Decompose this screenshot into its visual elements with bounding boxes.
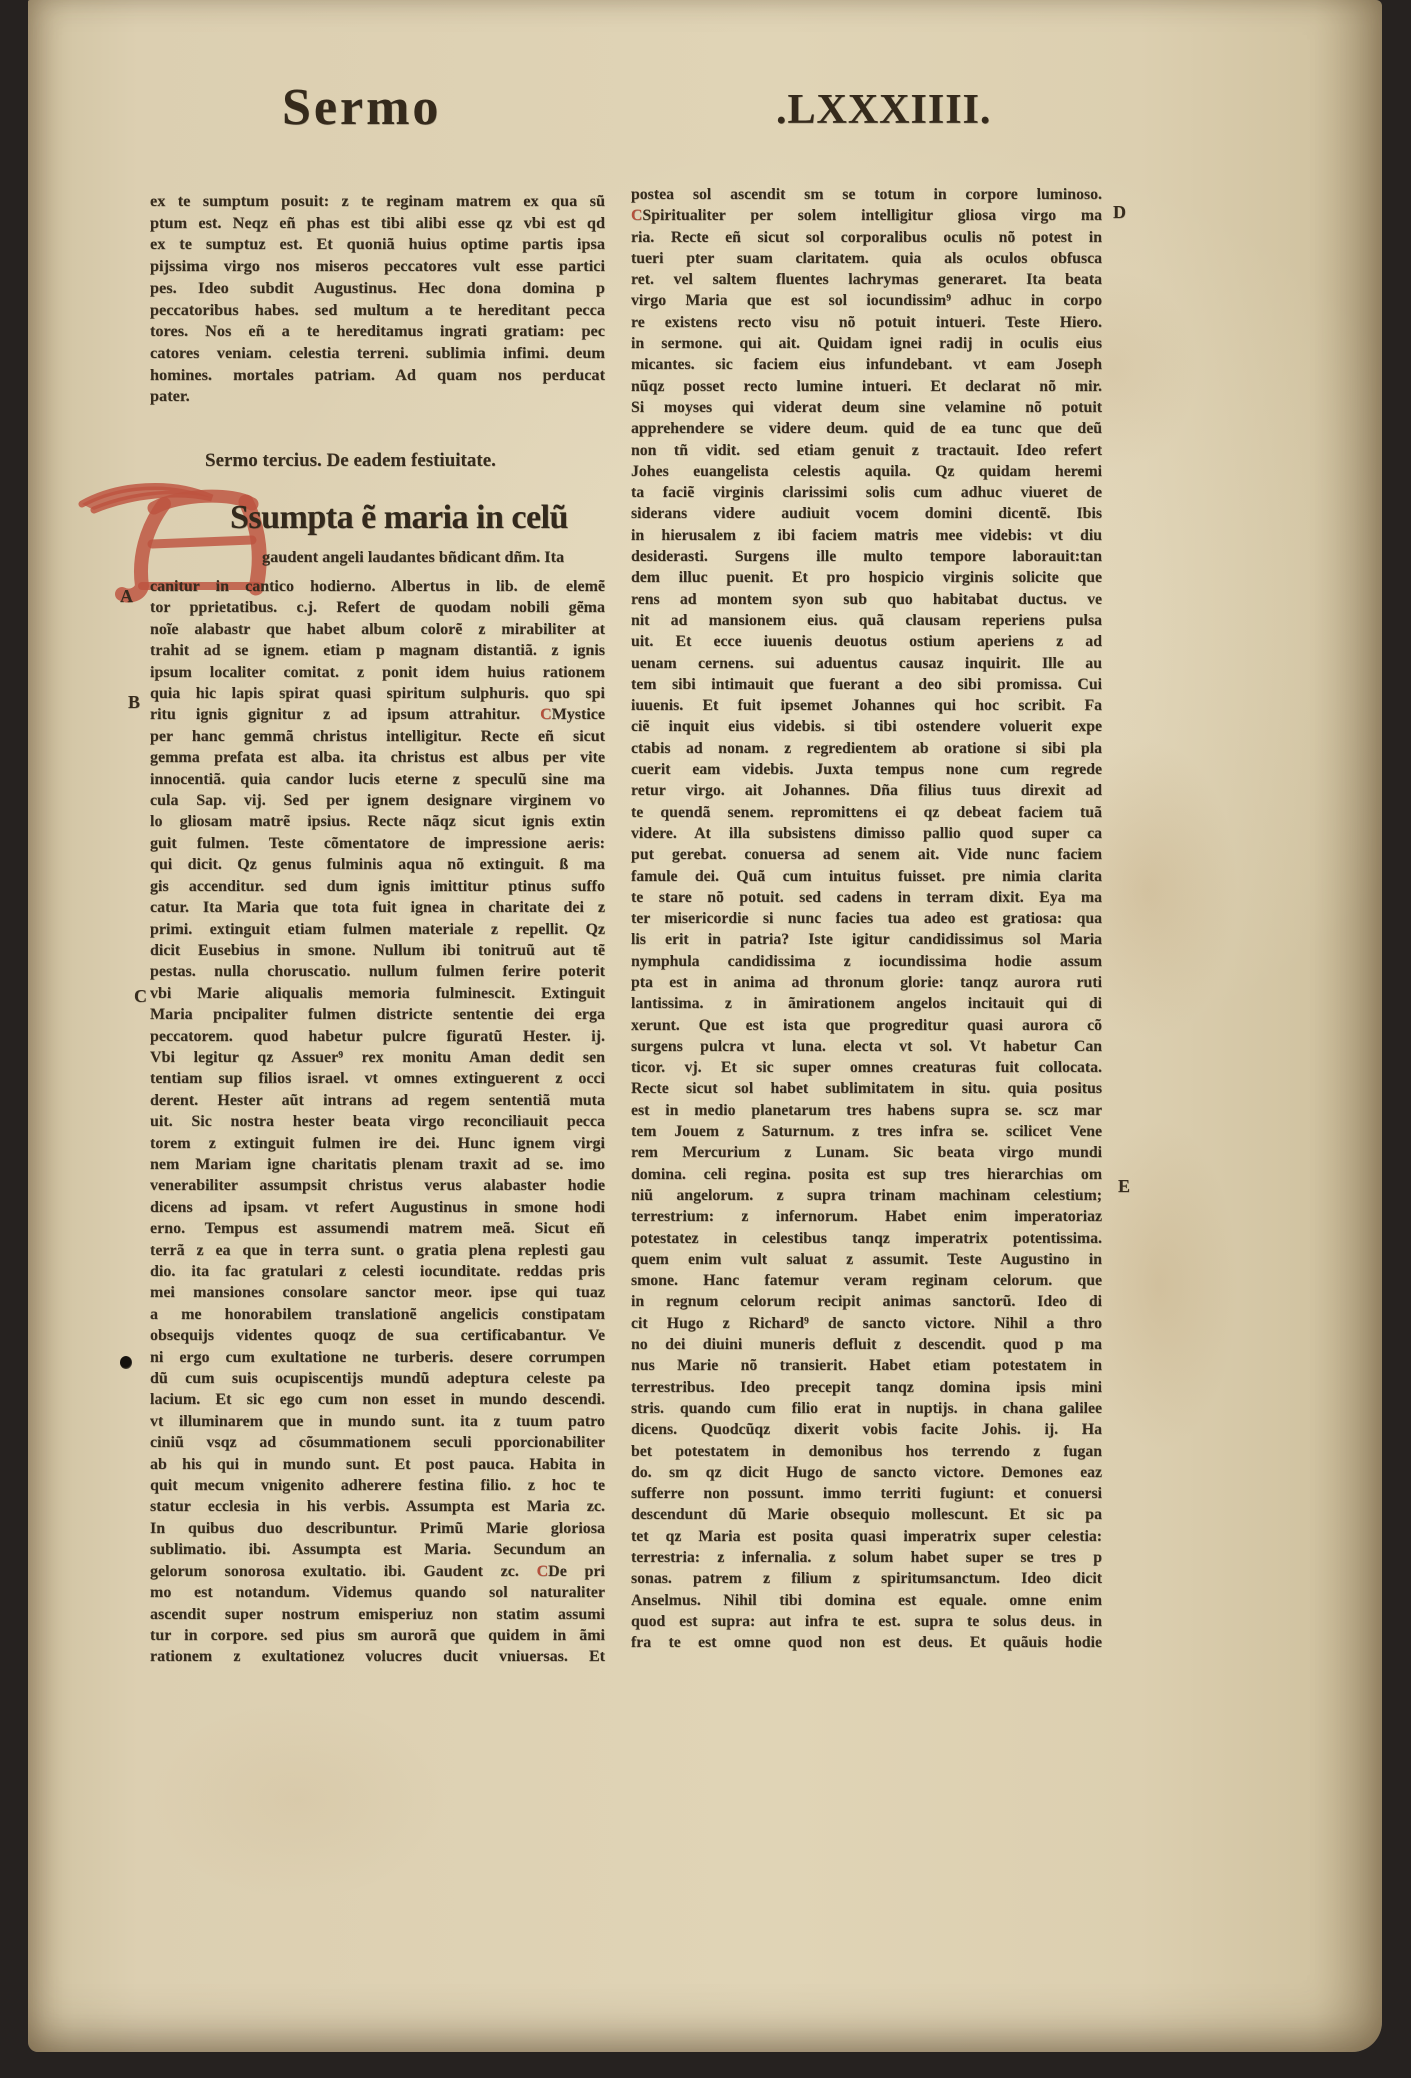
- text-line: non tñ vidit. sed etiam genuit z tractau…: [631, 440, 1102, 461]
- text-line: mo est notandum. Videmus quando sol natu…: [150, 1582, 605, 1603]
- text-line: tores. Nos eñ a te hereditamus ingrati g…: [150, 320, 605, 342]
- text-line: statur ecclesia in his verbis. Assumpta …: [150, 1496, 605, 1517]
- text-line: ciniũ vsqz ad cõsummationem seculi pporc…: [150, 1432, 605, 1453]
- text-line: catores veniam. celestia terreni. sublim…: [150, 342, 605, 364]
- text-line: lantissima. z in ãmirationem angelos inc…: [631, 993, 1102, 1014]
- text-line: sublimatio. ibi. Assumpta est Maria. Sec…: [150, 1539, 605, 1560]
- margin-letter-c: C: [134, 986, 147, 1007]
- text-line: ciẽ inquit eius videbis. si tibi ostende…: [631, 716, 1102, 737]
- paragraph-last-line: pater.: [150, 385, 605, 407]
- text-line: Vbi legitur qz Assuer⁹ rex monitu Aman d…: [150, 1047, 605, 1068]
- text-line: primi. extinguit etiam fulmen materiale …: [150, 919, 605, 940]
- text-line: dicit Eusebius in smone. Nullum ibi toni…: [150, 940, 605, 961]
- capitulum-mark: C: [540, 706, 552, 723]
- text-line: virgo Maria que est sol iocundissim⁹ adh…: [631, 290, 1102, 311]
- text-line: quia hic lapis spirat quasi spiritum sul…: [150, 683, 605, 704]
- text-line: erno. Tempus est assumendi matrem meã. S…: [150, 1218, 605, 1239]
- scanned-book-photo: { "page": { "header": { "left_title": "S…: [0, 0, 1411, 2078]
- text-line: vt illuminarem que in mundo sunt. ita z …: [150, 1411, 605, 1432]
- text-line: pestas. nulla choruscatio. nullum fulmen…: [150, 961, 605, 982]
- text-line: tentiam sup filios israel. vt omnes exti…: [150, 1068, 605, 1089]
- text-line: a me honorabilem translationẽ angelicis …: [150, 1304, 605, 1325]
- text-line: sufferre non possunt. immo territi fugiu…: [631, 1483, 1102, 1504]
- paragraph-lines: ex te sumptum posuit: z te reginam matre…: [150, 190, 605, 385]
- text-line: potestatez in celestibus tanqz imperatri…: [631, 1228, 1102, 1249]
- text-line: sonas. patrem z filium z spiritumsanctum…: [631, 1568, 1102, 1589]
- text-line: ticor. vj. Et sic super omnes creaturas …: [631, 1057, 1102, 1078]
- text-line: venerabiliter assumpsit christus verus a…: [150, 1175, 605, 1196]
- text-line: In quibus duo describuntur. Primũ Marie …: [150, 1518, 605, 1539]
- text-line: vbi Marie aliqualis memoria fulminescit.…: [150, 983, 605, 1004]
- text-line: nymphula candidissima z iocundissima hod…: [631, 951, 1102, 972]
- section-heading: Sermo tercius. De eadem festiuitate.: [205, 450, 496, 472]
- text-line: apprehendere se videre deum. quid de ea …: [631, 418, 1102, 439]
- capitulum-mark: C: [631, 207, 642, 224]
- text-line: tem sibi intimauit que fuerant a deo sib…: [631, 674, 1102, 695]
- margin-letter-e: E: [1118, 1176, 1130, 1197]
- text-line: ni ergo cum exultatione ne turberis. des…: [150, 1347, 605, 1368]
- text-line: tor pprietatibus. c.j. Refert de quodam …: [150, 597, 605, 618]
- text-line: quit mecum vnigenito adherere festina fi…: [150, 1475, 605, 1496]
- text-line: terrestrium: z infernorum. Habet enim im…: [631, 1206, 1102, 1227]
- text-line: videre. At illa subsistens dimisso palli…: [631, 823, 1102, 844]
- text-line: rationem z exultationez volucres ducit v…: [150, 1646, 605, 1667]
- capitulum-mark: C: [537, 1563, 549, 1580]
- paper-stain: [148, 1700, 448, 1900]
- text-line: tet qz Maria est posita quasi imperatrix…: [631, 1526, 1102, 1547]
- folio-number: .LXXXIIII.: [776, 86, 991, 134]
- margin-letter-a: A: [120, 586, 133, 607]
- text-line: bet potestatem in demonibus hos terrendo…: [631, 1441, 1102, 1462]
- text-line: rem Mercurium z Lunam. Sic beata virgo m…: [631, 1142, 1102, 1163]
- text-line: gemma prefata est alba. ita christus est…: [150, 747, 605, 768]
- text-line: cit Hugo z Richard⁹ de sancto victore. N…: [631, 1313, 1102, 1334]
- text-line: cula Sap. vij. Sed per ignem designare v…: [150, 790, 605, 811]
- text-line: qui dicit. Qz genus fulminis aqua nõ ext…: [150, 854, 605, 875]
- text-line: nit ad mansionem eius. quã clausam reper…: [631, 610, 1102, 631]
- text-line: ptum est. Neqz eñ phas est tibi alibi es…: [150, 212, 605, 234]
- text-line: lis erit in patria? Iste igitur candidis…: [631, 929, 1102, 950]
- wormhole-dot: [120, 1356, 132, 1369]
- paper-stain: [1078, 1120, 1238, 1450]
- margin-letter-b: B: [128, 692, 140, 713]
- text-line: niũ angelorum. z supra trinam machinam c…: [631, 1185, 1102, 1206]
- text-line: descendunt dũ Marie obsequio mollescunt.…: [631, 1504, 1102, 1525]
- text-line: per hanc gemmã christus intelligitur. Re…: [150, 726, 605, 747]
- text-line: ex te sumptuz est. Et quoniã huius optim…: [150, 233, 605, 255]
- text-line: in sermone. qui ait. Quidam ignei radij …: [631, 333, 1102, 354]
- text-line: terrestribus. Ideo precepit tanqz domina…: [631, 1377, 1102, 1398]
- incipit-large-line: Ssumpta ẽ maria in celũ: [230, 490, 568, 546]
- text-line: lo gliosam matrẽ ipsius. Recte nãqz sicu…: [150, 811, 605, 832]
- incipit-second-line: gaudent angeli laudantes bñdicant dñm. I…: [262, 547, 564, 567]
- text-line: siderans videre audiuit vocem domini dic…: [631, 503, 1102, 524]
- text-line: pta est in anima ad thronum glorie: tanq…: [631, 972, 1102, 993]
- text-line: ex te sumptum posuit: z te reginam matre…: [150, 190, 605, 212]
- text-line: peccatorem. quod habetur pulcre figuratũ…: [150, 1026, 605, 1047]
- right-column-body: postea sol ascendit sm se totum in corpo…: [631, 184, 1102, 1653]
- text-line: gis accenditur. sed dum ignis imittitur …: [150, 876, 605, 897]
- text-line: stris. quando cum filio erat in nuptijs.…: [631, 1398, 1102, 1419]
- text-line: nem Mariam igne charitatis plenam traxit…: [150, 1154, 605, 1175]
- text-line: ret. vel saltem fluentes lachrymas gener…: [631, 269, 1102, 290]
- text-line: surgens pulcra vt luna. electa vt sol. V…: [631, 1036, 1102, 1057]
- text-line: rens ad montem syon sub quo habitabat du…: [631, 589, 1102, 610]
- text-line: ta faciẽ virginis clarissimi solis cum a…: [631, 482, 1102, 503]
- text-line: homines. mortales patriam. Ad quam nos p…: [150, 364, 605, 386]
- running-title: Sermo: [282, 78, 441, 137]
- text-line: retur virgo. ait Johannes. Dña filius tu…: [631, 780, 1102, 801]
- text-line: terrestria: z infernalia. z solum habet …: [631, 1547, 1102, 1568]
- text-line: Johes euangelista celestis aquila. Qz qu…: [631, 461, 1102, 482]
- text-line: noĩe alabastr que habet album colorẽ z m…: [150, 619, 605, 640]
- left-column-opening-paragraph: ex te sumptum posuit: z te reginam matre…: [150, 190, 605, 407]
- text-line: famule dei. Quã cum intuitus fuisset. pr…: [631, 866, 1102, 887]
- text-line: peccatoribus habes. sed multum a te here…: [150, 299, 605, 321]
- text-line: do. sm qz dicit Hugo de sancto victore. …: [631, 1462, 1102, 1483]
- text-line: xerunt. Que est ista que progreditur qua…: [631, 1015, 1102, 1036]
- text-line: re existens recto visu nõ potuit intueri…: [631, 312, 1102, 333]
- text-line: postea sol ascendit sm se totum in corpo…: [631, 184, 1102, 205]
- text-line: gelorum sonorosa exultatio. ibi. Gaudent…: [150, 1561, 605, 1582]
- text-line: catur. Ita Maria que tota fuit ignea in …: [150, 897, 605, 918]
- text-line: ascendit super nostrum emisperiuz non st…: [150, 1604, 605, 1625]
- text-line: domina. celi regina. posita est sup tres…: [631, 1164, 1102, 1185]
- text-line: ria. Recte eñ sicut sol corporalibus ocu…: [631, 227, 1102, 248]
- text-line: Recte sicut sol habet sublimitatem in si…: [631, 1078, 1102, 1099]
- text-line: Anselmus. Nihil tibi domina est equale. …: [631, 1590, 1102, 1611]
- text-line: dio. ita fac gratulari z celesti iocundi…: [150, 1261, 605, 1282]
- text-line: derent. Hester aũt intrans ad regem sent…: [150, 1090, 605, 1111]
- text-line: Si moyses qui viderat deum sine velamine…: [631, 397, 1102, 418]
- left-column-body: canitur in cantico hodierno. Albertus in…: [150, 576, 605, 1668]
- text-line: dũ cum suis ocupiscentijs mundũ adeptura…: [150, 1368, 605, 1389]
- text-line: lacium. Et sic ego cum non esset in mund…: [150, 1389, 605, 1410]
- text-line: CSpiritualiter per solem intelligitur gl…: [631, 205, 1102, 226]
- text-line: cuerit eam videbis. Juxta tempus none cu…: [631, 759, 1102, 780]
- text-line: quod est supra: aut infra te est. supra …: [631, 1611, 1102, 1632]
- text-line: dicens. Quodcũqz dixerit vobis facite Jo…: [631, 1419, 1102, 1440]
- text-line: ctabis ad nonam. z regredientem ab orati…: [631, 738, 1102, 759]
- text-line: tem Jouem z Saturnum. z tres infra se. s…: [631, 1121, 1102, 1142]
- text-line: te stare nõ potuit. sed cadens in terram…: [631, 887, 1102, 908]
- text-line: uit. Sic nostra hester beata virgo recon…: [150, 1111, 605, 1132]
- text-line: torem z extinguit fulmen ire dei. Hunc i…: [150, 1133, 605, 1154]
- text-line: ritu ignis gignitur z ad ipsum attrahitu…: [150, 704, 605, 725]
- text-line: nũqz posset recto lumine intueri. Et dec…: [631, 376, 1102, 397]
- text-line: dicens ad ipsam. vt refert Augustinus in…: [150, 1197, 605, 1218]
- text-line: tueri pter suam claritatem. quia als ocu…: [631, 248, 1102, 269]
- text-line: put gerebat. conuersa ad senem ait. Vide…: [631, 844, 1102, 865]
- text-line: uit. Et ecce iuuenis deuotus ostium aper…: [631, 631, 1102, 652]
- text-line: obsequijs videntes quoqz de sua certific…: [150, 1325, 605, 1346]
- text-line: ter misericordie si nunc facies tua adeo…: [631, 908, 1102, 929]
- text-line: no dei diuini muneris defluit z descendi…: [631, 1334, 1102, 1355]
- text-line: iuuenis. Et fuit ipsemet Johannes qui ho…: [631, 695, 1102, 716]
- text-line: guit fulmen. Teste cõmentatore de impres…: [150, 833, 605, 854]
- text-line: te quendã senem. repromittens ei qz debe…: [631, 802, 1102, 823]
- text-line: uenam cernens. sui aduentus causaz inqui…: [631, 653, 1102, 674]
- text-line: in regnum celorum recipit animas sanctor…: [631, 1291, 1102, 1312]
- text-line: in hierusalem z ibi faciem matris mee vi…: [631, 525, 1102, 546]
- text-line: micantes. sic faciem eius infundebant. v…: [631, 354, 1102, 375]
- book-page: Sermo .LXXXIIII. ex te sumptum posuit: z…: [28, 0, 1382, 2052]
- text-line: pes. Ideo subdit Augustinus. Hec dona do…: [150, 277, 605, 299]
- text-line: fra te est omne quod non est deus. Et qu…: [631, 1632, 1102, 1653]
- margin-letter-d: D: [1113, 202, 1126, 223]
- text-line: trahit ad se ignem. etiam p magnam dista…: [150, 640, 605, 661]
- text-line: smone. Hanc fatemur veram reginam celoru…: [631, 1270, 1102, 1291]
- text-line: terrã z ea que in terra sunt. o gratia p…: [150, 1240, 605, 1261]
- text-line: pijssima virgo nos miseros peccatores vu…: [150, 255, 605, 277]
- text-line: quem enim vult saluat z assumit. Teste A…: [631, 1249, 1102, 1270]
- text-line: nus Marie nõ transierit. Habet etiam pot…: [631, 1355, 1102, 1376]
- text-line: desiderasti. Surgens ille multo tempore …: [631, 546, 1102, 567]
- text-line: canitur in cantico hodierno. Albertus in…: [150, 576, 605, 597]
- text-line: mei mansiones consolare sanctor meor. ip…: [150, 1282, 605, 1303]
- text-line: ipsum localiter comitat. z ponit idem hu…: [150, 662, 605, 683]
- text-line: est in medio planetarum tres habens supr…: [631, 1100, 1102, 1121]
- text-line: dem illuc puenit. Et pro hospicio virgin…: [631, 567, 1102, 588]
- text-line: tur in corpore. sed pius sm aurorã que q…: [150, 1625, 605, 1646]
- text-line: innocentiã. quia candor lucis eterne z s…: [150, 769, 605, 790]
- text-line: Maria pncipaliter fulmen districte sente…: [150, 1004, 605, 1025]
- text-line: ab his qui in mundo sunt. Et post pauca.…: [150, 1454, 605, 1475]
